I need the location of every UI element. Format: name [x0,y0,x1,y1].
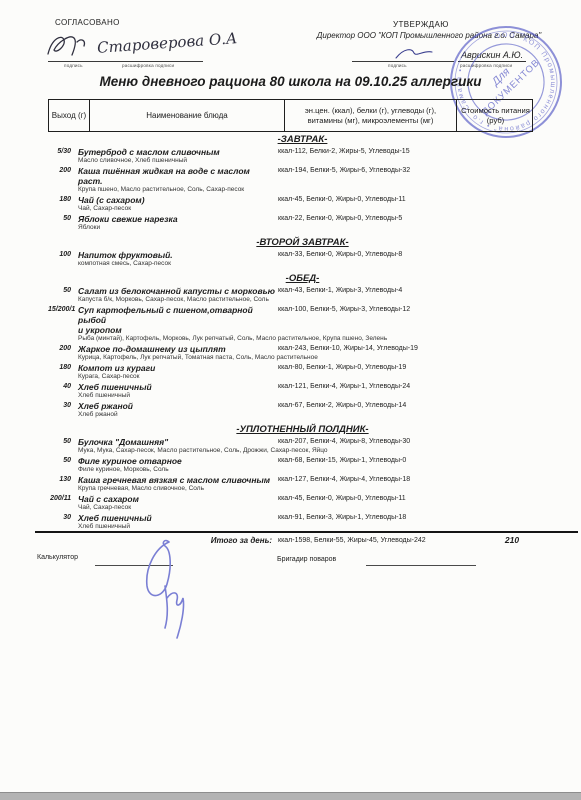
row-output: 180 [48,195,78,205]
dish-name: Хлеб пшеничный [78,382,278,392]
dish-ingredients: Чай, Сахар-песок [78,205,535,213]
agreed-podpis-label: подпись [64,63,83,68]
dish-ingredients: Хлеб пшеничный [78,523,535,531]
approved-podpis-label: подпись [388,63,407,68]
menu-row: 30Хлеб пшеничныйккал-91, Белки-3, Жиры-1… [48,513,535,531]
agreed-rasshifrovka-label: расшифровка подписи [122,63,174,68]
menu-row: 40Хлеб пшеничныйккал-121, Белки-4, Жиры-… [48,382,535,400]
menu-row: 50Филе куриное отварноеккал-68, Белки-15… [48,456,535,474]
dish-name: Хлеб ржаной [78,401,278,411]
menu-row: 200/11Чай с сахаромккал-45, Белки-0, Жир… [48,494,535,512]
dish-ingredients: Курица, Картофель, Лук репчатый, Томатна… [78,354,535,362]
menu-row: 50Булочка "Домашняя"ккал-207, Белки-4, Ж… [48,437,535,455]
dish-nutrition: ккал-68, Белки-15, Жиры-1, Углеводы-0 [278,456,535,466]
agreed-label: СОГЛАСОВАНО [55,18,120,27]
menu-row: 15/200/1Суп картофельный с пшеном,отварн… [48,305,535,343]
menu-row: 50Салат из белокочанной капусты с морков… [48,286,535,304]
dish-ingredients: Капуста б/к, Морковь, Сахар-песок, Масло… [78,296,535,304]
menu-row: 200Каша пшённая жидкая на воде с маслом … [48,166,535,194]
row-output: 200 [48,166,78,186]
row-output: 15/200/1 [48,305,78,335]
dish-name: Булочка "Домашняя" [78,437,278,447]
menu-row: 180Чай (с сахаром)ккал-45, Белки-0, Жиры… [48,195,535,213]
calculator-signature [135,534,205,646]
dish-ingredients: Крупа гречневая, Масло сливочное, Соль [78,485,535,493]
agreed-signature-squiggle [44,28,96,62]
menu-row: 130Каша гречневая вязкая с маслом сливоч… [48,475,535,493]
dish-ingredients: Курага, Сахар-песок [78,373,535,381]
approved-signature-name: Аврискин А.Ю. [458,50,526,62]
dish-name: Чай с сахаром [78,494,278,504]
col-header-output: Выход (г) [49,100,89,131]
dish-ingredients: Хлеб пшеничный [78,392,535,400]
dish-name: Салат из белокочанной капусты с морковью [78,286,278,296]
row-output: 130 [48,475,78,485]
dish-nutrition: ккал-22, Белки-0, Жиры-0, Углеводы-5 [278,214,535,224]
dish-name: Жаркое по-домашнему из цыплят [78,344,278,354]
row-output: 50 [48,437,78,447]
dish-name: Напиток фруктовый. [78,250,278,260]
section-header: -ВТОРОЙ ЗАВТРАК- [48,237,535,249]
dish-ingredients: Крупа пшено, Масло растительное, Соль, С… [78,186,535,194]
total-cost: 210 [488,535,536,545]
table-header: Выход (г) Наименование блюда эн.цен. (кк… [48,99,533,132]
approved-signature-line [352,60,454,62]
scanned-menu-document: СОГЛАСОВАНО Староверова О.А подпись расш… [0,0,581,800]
dish-nutrition: ккал-121, Белки-4, Жиры-1, Углеводы-24 [278,382,535,392]
dish-nutrition: ккал-67, Белки-2, Жиры-0, Углеводы-14 [278,401,535,411]
agreed-signature-name: Староверова О.А [97,29,238,57]
dish-name: Бутерброд с маслом сливочным [78,147,278,157]
col-header-dish: Наименование блюда [89,100,284,131]
dish-name: Каша пшённая жидкая на воде с маслом рас… [78,166,278,186]
row-output: 50 [48,214,78,224]
dish-name: Яблоки свежие нарезка [78,214,278,224]
dish-nutrition: ккал-45, Белки-0, Жиры-0, Углеводы-11 [278,195,535,205]
section-header: -ЗАВТРАК- [48,134,535,146]
row-output: 30 [48,513,78,523]
dish-ingredients: компотная смесь, Сахар-песок [78,260,535,268]
dish-name: Каша гречневая вязкая с маслом сливочным [78,475,278,485]
dish-nutrition: ккал-33, Белки-0, Жиры-0, Углеводы-8 [278,250,535,260]
document-title: Меню дневного рациона 80 школа на 09.10.… [0,74,581,89]
menu-row: 180Компот из курагиккал-80, Белки-1, Жир… [48,363,535,381]
dish-nutrition: ккал-100, Белки-5, Жиры-3, Углеводы-12 [278,305,535,335]
row-output: 100 [48,250,78,260]
calculator-label: Калькулятор [37,554,78,561]
approved-rasshifrovka-label: расшифровка подписи [460,63,512,68]
agreed-signature-line [48,60,203,62]
dish-name: Чай (с сахаром) [78,195,278,205]
dish-name: Суп картофельный с пшеном,отварной рыбой… [78,305,278,335]
dish-ingredients: Яблоки [78,224,535,232]
dish-ingredients: Рыба (минтай), Картофель, Морковь, Лук р… [78,335,535,343]
row-output: 200 [48,344,78,354]
dish-nutrition: ккал-91, Белки-3, Жиры-1, Углеводы-18 [278,513,535,523]
row-output: 30 [48,401,78,411]
section-header: -ОБЕД- [48,273,535,285]
col-header-cost: Стоимость питания (руб) [456,100,534,131]
dish-ingredients: Хлеб ржаной [78,411,535,419]
menu-body: -ЗАВТРАК-5/30Бутерброд с маслом сливочны… [48,134,535,532]
dish-ingredients: Чай, Сахар-песок [78,504,535,512]
dish-nutrition: ккал-80, Белки-1, Жиры-0, Углеводы-19 [278,363,535,373]
dish-name: Компот из кураги [78,363,278,373]
approved-label: УТВЕРЖДАЮ [393,20,449,29]
dish-nutrition: ккал-127, Белки-4, Жиры-4, Углеводы-18 [278,475,535,485]
scan-bottom-edge [0,792,581,800]
total-rule [35,531,578,533]
brigadier-label: Бригадир поваров [277,556,336,563]
menu-row: 200Жаркое по-домашнему из цыплятккал-243… [48,344,535,362]
total-nutrition: ккал-1598, Белки-55, Жиры-45, Углеводы-2… [278,537,426,544]
row-output: 5/30 [48,147,78,157]
menu-row: 100Напиток фруктовый.ккал-33, Белки-0, Ж… [48,250,535,268]
dish-nutrition: ккал-112, Белки-2, Жиры-5, Углеводы-15 [278,147,535,157]
dish-nutrition: ккал-194, Белки-5, Жиры-6, Углеводы-32 [278,166,535,186]
dish-nutrition: ккал-243, Белки-10, Жиры-14, Углеводы-19 [278,344,535,354]
row-output: 50 [48,456,78,466]
col-header-nutrition: эн.цен. (ккал), белки (г), углеводы (г),… [284,100,456,131]
dish-name: Филе куриное отварное [78,456,278,466]
menu-row: 5/30Бутерброд с маслом сливочнымккал-112… [48,147,535,165]
brigadier-signature-line [366,564,476,566]
approved-position: Директор ООО "КОП Промышленного района г… [283,31,575,40]
row-output: 200/11 [48,494,78,504]
row-output: 40 [48,382,78,392]
dish-ingredients: Масло сливочное, Хлеб пшеничный [78,157,535,165]
dish-nutrition: ккал-45, Белки-0, Жиры-0, Углеводы-11 [278,494,535,504]
dish-nutrition: ккал-207, Белки-4, Жиры-8, Углеводы-30 [278,437,535,447]
dish-name: Хлеб пшеничный [78,513,278,523]
dish-ingredients: Мука, Мука, Сахар-песок, Масло раститель… [78,447,535,455]
row-output: 180 [48,363,78,373]
menu-row: 50Яблоки свежие нарезкаккал-22, Белки-0,… [48,214,535,232]
menu-row: 30Хлеб ржанойккал-67, Белки-2, Жиры-0, У… [48,401,535,419]
dish-ingredients: Филе куриное, Морковь, Соль [78,466,535,474]
row-output: 50 [48,286,78,296]
dish-nutrition: ккал-43, Белки-1, Жиры-3, Углеводы-4 [278,286,535,296]
section-header: -УПЛОТНЕННЫЙ ПОЛДНИК- [48,424,535,436]
